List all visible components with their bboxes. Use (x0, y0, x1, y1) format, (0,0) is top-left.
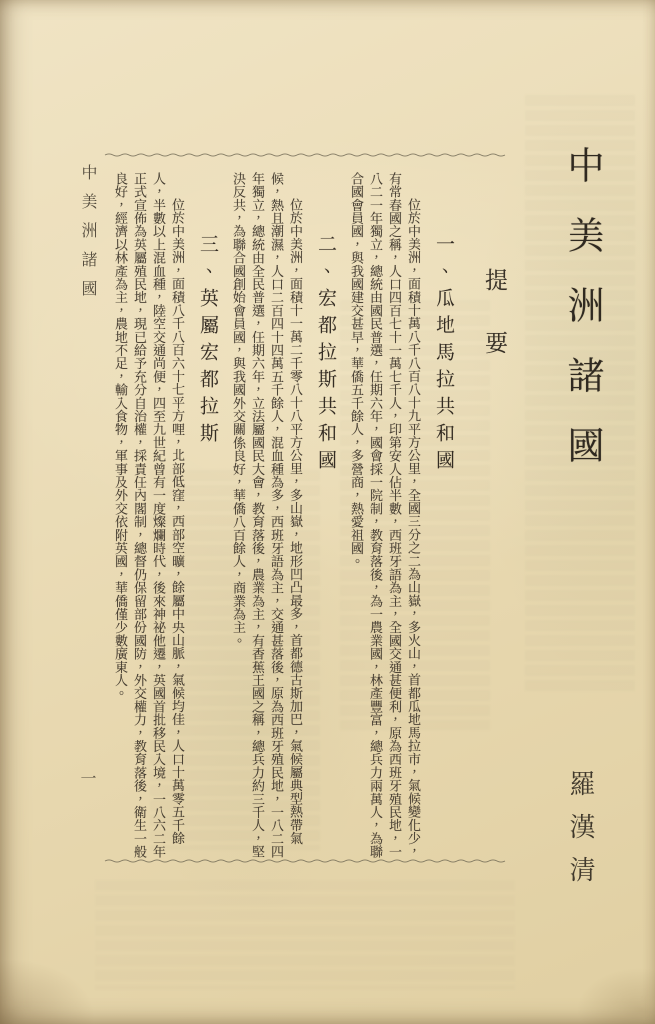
section-british-honduras: 三、英屬宏都拉斯 位於中美洲，面積八千八百六十七平方哩，北部低窪，西部空曠，餘屬… (111, 172, 221, 862)
bleed-through-texture (95, 880, 515, 990)
main-text-block: 提要 一、瓜地馬拉共和國 位於中美洲，面積十萬八千八百八十九平方公里，全國三分之… (106, 156, 511, 862)
section-guatemala: 一、瓜地馬拉共和國 位於中美洲，面積十萬八千八百八十九平方公里，全國三分之二為山… (347, 172, 457, 862)
scanned-document-page: 中美洲諸國 羅漢清 中美洲諸國 一 提要 一、瓜地馬拉共和國 位於中美洲，面積十… (0, 0, 655, 1024)
section-title: 一、瓜地馬拉共和國 (429, 172, 457, 862)
section-body: 位於中美洲，面積十一萬二千零八十八平方公里，多山嶽，地形凹凸最多，首都德古斯加巴… (229, 172, 305, 862)
section-title: 二、宏都拉斯共和國 (311, 172, 339, 862)
section-honduras: 二、宏都拉斯共和國 位於中美洲，面積十一萬二千零八十八平方公里，多山嶽，地形凹凸… (229, 172, 339, 862)
section-body: 位於中美洲，面積十萬八千八百八十九平方公里，全國三分之二為山嶽，多火山，首都瓜地… (347, 172, 423, 862)
section-body: 位於中美洲，面積八千八百六十七平方哩，北部低窪，西部空曠，餘屬中央山脈，氣候均佳… (111, 172, 187, 862)
summary-heading: 提要 (477, 172, 511, 862)
document-title: 中美洲諸國 (561, 146, 601, 496)
page-number: 一 (77, 770, 96, 786)
margin-running-title: 中美洲諸國 (78, 164, 97, 309)
author-name: 羅漢清 (565, 770, 595, 899)
section-title: 三、英屬宏都拉斯 (193, 172, 221, 862)
